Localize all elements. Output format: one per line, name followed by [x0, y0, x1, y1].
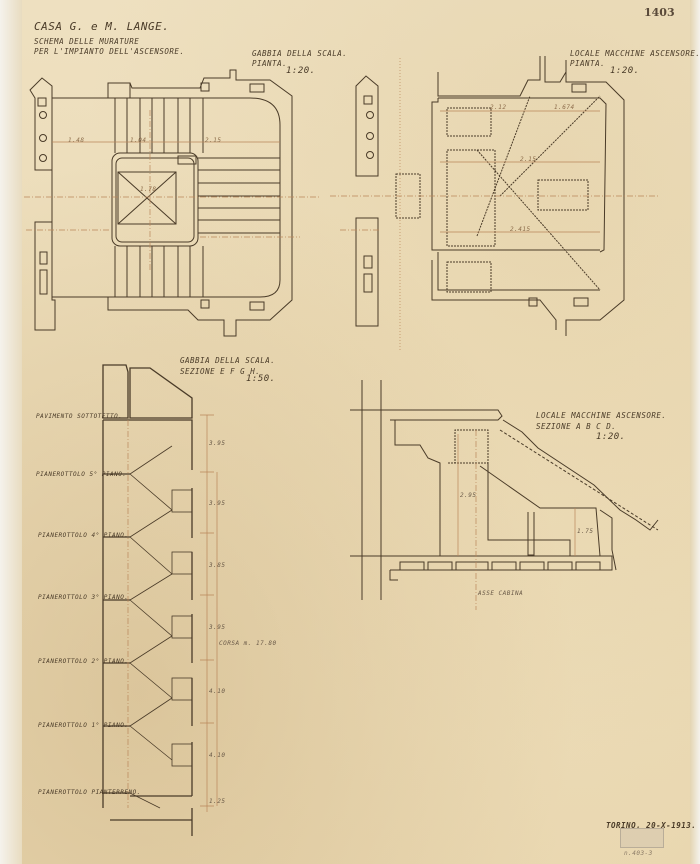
machine-section-dimensions — [458, 430, 575, 610]
stair-section-dimensions — [128, 415, 217, 812]
axis-label: ASSE CABINA — [478, 590, 523, 597]
dim-label: 1.04 — [130, 137, 146, 144]
level-height: 4.10 — [209, 752, 225, 759]
level-height: 3.95 — [209, 440, 225, 447]
dim-label: 2.15 — [520, 156, 536, 163]
dim-label: 1.75 — [577, 528, 593, 535]
level-height: 3.85 — [209, 562, 225, 569]
dim-label: 1.78 — [140, 186, 156, 193]
dim-label: 2.415 — [510, 226, 531, 233]
dim-label: 1.674 — [554, 104, 575, 111]
dim-label: 2.15 — [205, 137, 221, 144]
level-height: 4.10 — [209, 688, 225, 695]
level-height: 1.25 — [209, 798, 225, 805]
dim-label: 2.95 — [460, 492, 476, 499]
machine-section-drawing — [350, 380, 658, 600]
dim-label: 2.12 — [490, 104, 506, 111]
dim-label: 1.48 — [68, 137, 84, 144]
level-height: 3.95 — [209, 500, 225, 507]
level-height: 3.95 — [209, 624, 225, 631]
stair-section-drawing — [103, 365, 192, 836]
total-travel-label: CORSA m. 17.80 — [219, 640, 277, 647]
stair-plan-drawing — [30, 70, 292, 336]
drawings-svg — [0, 0, 700, 864]
